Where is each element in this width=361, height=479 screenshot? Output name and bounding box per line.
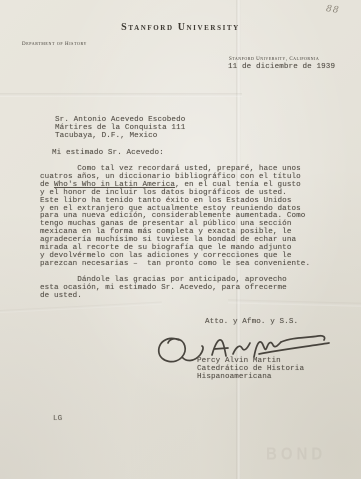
horizontal-fold-crease-top: [0, 93, 242, 97]
diagonal-fold-crease-left: [0, 302, 162, 314]
body-paragraph-1-rest: , en el cual tenía el gusto y el honor d…: [40, 181, 310, 268]
signer-name-and-title: Percy Alvin Martin Catedrático de Histor…: [197, 357, 304, 382]
scanned-letter-page: 88 Stanford University Department of His…: [0, 0, 361, 479]
body-paragraph-2: Dándole las gracias por anticipado, apro…: [40, 277, 330, 301]
salutation: Mi estimado Sr. Acevedo:: [52, 150, 164, 158]
closing-line: Atto. y Afmo. y S.S.: [205, 319, 298, 327]
letter-date: 11 de diciembre de 1939: [228, 64, 335, 72]
paper-watermark: BOND: [266, 445, 326, 465]
letterhead-department: Department of History: [22, 41, 87, 47]
pencil-archive-number: 88: [325, 4, 340, 16]
letterhead-location: Stanford University, California: [229, 56, 319, 62]
body-paragraph-1: Como tal vez recordará usted, preparé, h…: [40, 166, 330, 269]
typist-initials: LG: [53, 416, 62, 424]
recipient-address: Sr. Antonio Acevedo Escobedo Mártires de…: [55, 117, 185, 141]
letterhead-university-name: Stanford University: [0, 22, 361, 33]
book-title-underlined: Who's Who in Latin America: [54, 181, 175, 189]
